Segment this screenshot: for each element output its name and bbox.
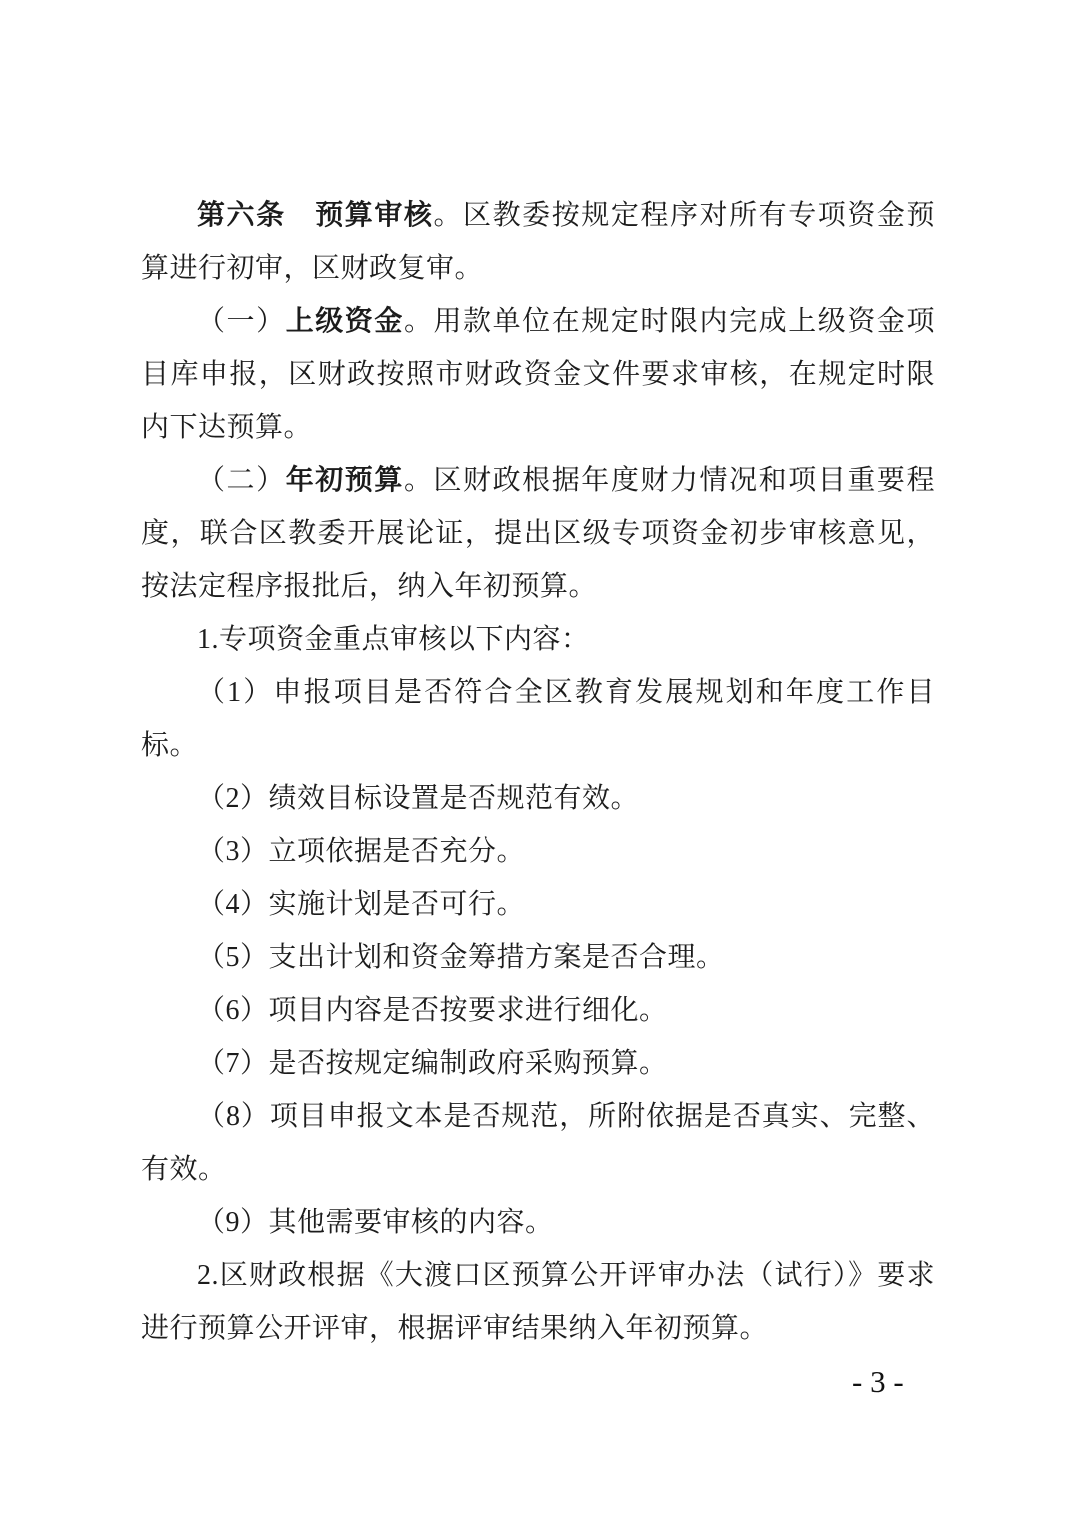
page-number: - 3 -	[852, 1362, 904, 1402]
section-2-paragraph: （二）年初预算。区财政根据年度财力情况和项目重要程度，联合区教委开展论证，提出区…	[141, 454, 935, 613]
closing-paragraph: 2.区财政根据《大渡口区预算公开评审办法（试行）》要求进行预算公开评审，根据评审…	[141, 1249, 935, 1355]
list-item-2: （2）绩效目标设置是否规范有效。	[141, 772, 935, 825]
list-item-8: （8）项目申报文本是否规范，所附依据是否真实、完整、有效。	[141, 1090, 935, 1196]
list-item-5: （5）支出计划和资金筹措方案是否合理。	[141, 931, 935, 984]
section-2-term: 年初预算	[286, 465, 404, 496]
list-item-4: （4）实施计划是否可行。	[141, 878, 935, 931]
document-page: 第六条 预算审核。区教委按规定程序对所有专项资金预算进行初审，区财政复审。 （一…	[0, 0, 1074, 1520]
article-separator	[286, 200, 316, 231]
section-1-term: 上级资金	[286, 306, 404, 337]
section-1-paragraph: （一）上级资金。用款单位在规定时限内完成上级资金项目库申报，区财政按照市财政资金…	[141, 295, 935, 454]
document-body: 第六条 预算审核。区教委按规定程序对所有专项资金预算进行初审，区财政复审。 （一…	[141, 189, 935, 1355]
list-item-9: （9）其他需要审核的内容。	[141, 1196, 935, 1249]
section-2-marker: （二）	[197, 465, 286, 496]
section-1-marker: （一）	[197, 306, 286, 337]
article-title: 预算审核	[315, 200, 433, 231]
list-item-3: （3）立项依据是否充分。	[141, 825, 935, 878]
list-intro-paragraph: 1.专项资金重点审核以下内容：	[141, 613, 935, 666]
list-item-7: （7）是否按规定编制政府采购预算。	[141, 1037, 935, 1090]
article-number: 第六条	[197, 200, 286, 231]
list-item-6: （6）项目内容是否按要求进行细化。	[141, 984, 935, 1037]
list-item-1: （1）申报项目是否符合全区教育发展规划和年度工作目标。	[141, 666, 935, 772]
article-paragraph: 第六条 预算审核。区教委按规定程序对所有专项资金预算进行初审，区财政复审。	[141, 189, 935, 295]
